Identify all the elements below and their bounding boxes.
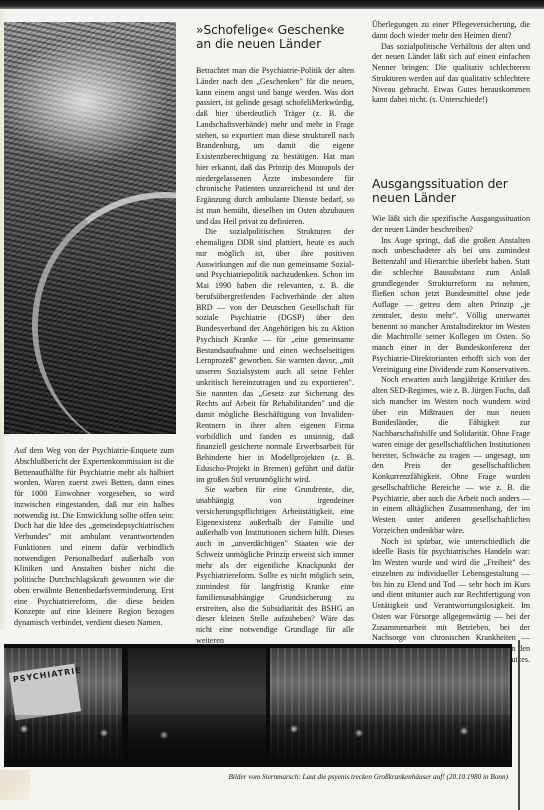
paragraph: Die sozialpolitischen Strukturen der ehe…: [196, 227, 354, 485]
article-title: »Schofelige« Geschenke an die neuen Länd…: [196, 23, 356, 51]
right-column: Überlegungen zu einer Pflegeversicherung…: [372, 20, 530, 106]
left-column: Auf dem Weg von der Psychiatrie-Enquete …: [14, 446, 174, 629]
paragraph: Sie warben für eine Grundrente, die, una…: [196, 485, 354, 646]
paragraph: Überlegungen zu einer Pflegeversicherung…: [372, 20, 530, 42]
paragraph: Auf dem Weg von der Psychiatrie-Enquete …: [14, 446, 174, 629]
paragraph: Betrachtet man die Psychiatrie-Politik d…: [196, 66, 354, 227]
paragraph: Noch erwarten auch langjährige Kritiker …: [372, 375, 530, 536]
paragraph: Wie läßt sich die spezifische Ausgangssi…: [372, 214, 530, 236]
page-stain: [0, 770, 30, 800]
crowd-silhouettes: [4, 715, 512, 767]
paragraph: Ins Auge springt, daß die großen Anstalt…: [372, 236, 530, 376]
photo-rail-curve: [15, 175, 176, 434]
section-heading: Ausgangssituation der neuen Länder: [372, 177, 532, 205]
protest-banner: PSYCHIATRIE: [9, 664, 81, 721]
demonstration-photo-strip: PSYCHIATRIE EIGENE GEWALT FREIHEIT HEILT…: [4, 644, 512, 767]
paragraph: Das sozialpolitische Verhältnis der alte…: [372, 42, 530, 107]
cobblestone-photo: [4, 22, 176, 434]
page-top-border: [0, 0, 544, 9]
middle-column: Betrachtet man die Psychiatrie-Politik d…: [196, 66, 354, 647]
page-edge-right: [518, 640, 520, 810]
right-column-section2: Wie läßt sich die spezifische Ausgangssi…: [372, 214, 530, 676]
photo-caption: Bilder vom Sternmarsch: Laut die psyenis…: [152, 773, 508, 781]
